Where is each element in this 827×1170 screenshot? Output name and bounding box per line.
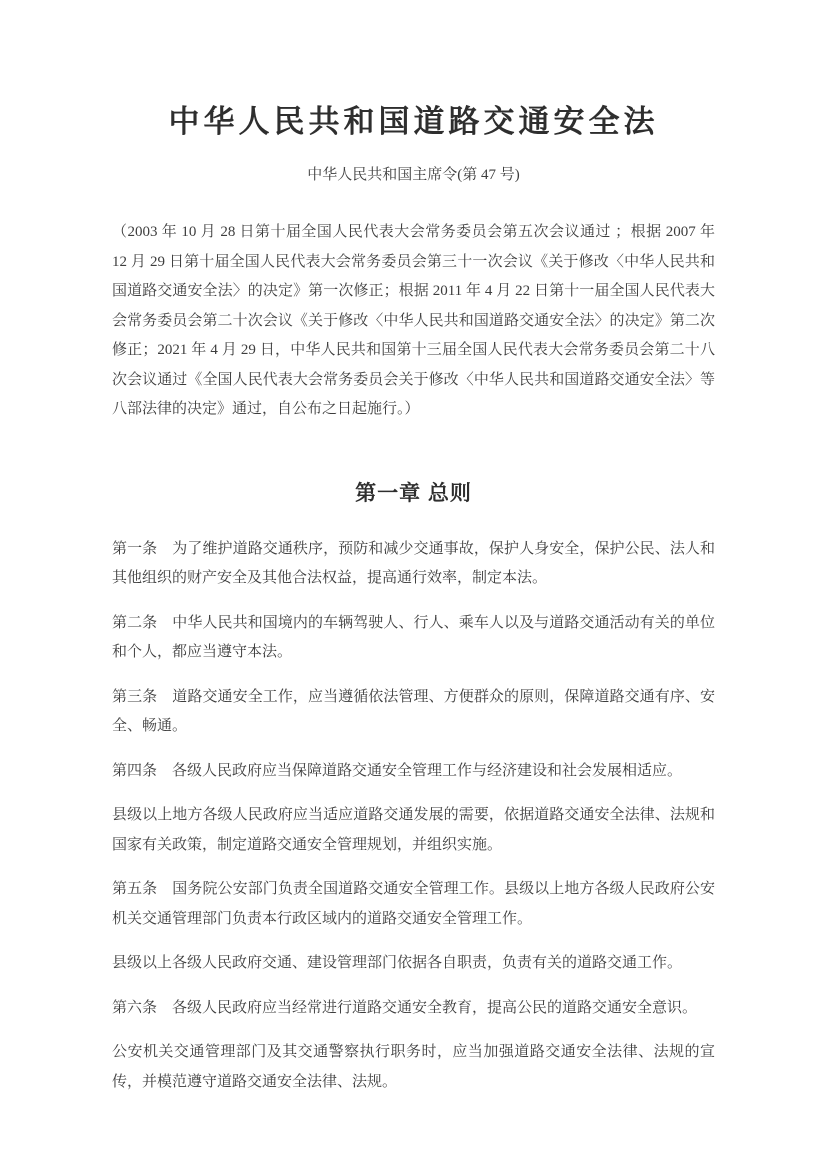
article-1-paragraph: 第一条 为了维护道路交通秩序，预防和减少交通事故，保护人身安全，保护公民、法人和… [112, 535, 715, 594]
article-6-continuation-paragraph: 公安机关交通管理部门及其交通警察执行职务时，应当加强道路交通安全法律、法规的宣传… [112, 1038, 715, 1097]
document-page: 中华人民共和国道路交通安全法 中华人民共和国主席令(第 47 号) （2003 … [0, 0, 827, 1170]
article-2-paragraph: 第二条 中华人民共和国境内的车辆驾驶人、行人、乘车人以及与道路交通活动有关的单位… [112, 609, 715, 668]
article-4-paragraph: 第四条 各级人民政府应当保障道路交通安全管理工作与经济建设和社会发展相适应。 [112, 757, 715, 787]
article-5-continuation-paragraph: 县级以上各级人民政府交通、建设管理部门依据各自职责，负责有关的道路交通工作。 [112, 949, 715, 979]
article-4-continuation-paragraph: 县级以上地方各级人民政府应当适应道路交通发展的需要，依据道路交通安全法律、法规和… [112, 801, 715, 860]
document-title: 中华人民共和国道路交通安全法 [112, 96, 715, 141]
article-3-paragraph: 第三条 道路交通安全工作，应当遵循依法管理、方便群众的原则，保障道路交通有序、安… [112, 683, 715, 742]
article-5-paragraph: 第五条 国务院公安部门负责全国道路交通安全管理工作。县级以上地方各级人民政府公安… [112, 875, 715, 934]
decree-line: 中华人民共和国主席令(第 47 号) [112, 163, 715, 184]
article-6-paragraph: 第六条 各级人民政府应当经常进行道路交通安全教育，提高公民的道路交通安全意识。 [112, 994, 715, 1024]
chapter-heading: 第一章 总则 [112, 477, 715, 507]
preamble-paragraph: （2003 年 10 月 28 日第十届全国人民代表大会常务委员会第五次会议通过… [112, 218, 715, 425]
